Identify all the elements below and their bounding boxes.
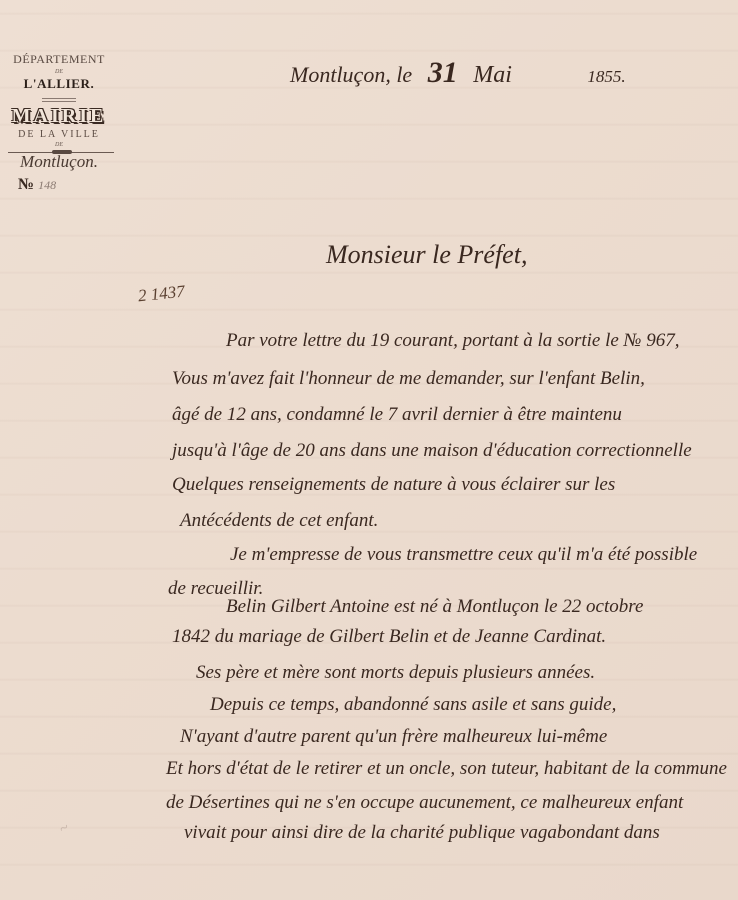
letter-line: Quelques renseignements de nature à vous…	[172, 474, 615, 496]
letter-line: vivait pour ainsi dire de la charité pub…	[184, 822, 660, 844]
letter-line: de Désertines qui ne s'en occupe aucunem…	[166, 792, 683, 814]
letter-line: 1842 du mariage de Gilbert Belin et de J…	[172, 626, 606, 648]
number-value: 148	[38, 178, 56, 192]
letter-line: N'ayant d'autre parent qu'un frère malhe…	[180, 726, 607, 748]
salutation: Monsieur le Préfet,	[326, 240, 527, 270]
letter-line: Je m'empresse de vous transmettre ceux q…	[230, 544, 697, 566]
date-day: 31	[428, 56, 458, 89]
letterhead-divider	[42, 98, 76, 102]
mairie-title: MAIRIE	[0, 105, 118, 128]
date-month: Mai	[473, 62, 512, 88]
letter-line: jusqu'à l'âge de 20 ans dans une maison …	[172, 440, 692, 462]
letter-line: Par votre lettre du 19 courant, portant …	[226, 330, 679, 352]
letter-line: Ses père et mère sont morts depuis plusi…	[196, 662, 595, 684]
margin-note: 2 1437	[137, 282, 186, 307]
letter-line: Belin Gilbert Antoine est né à Montluçon…	[226, 596, 643, 618]
letter-line: âgé de 12 ans, condamné le 7 avril derni…	[172, 404, 622, 426]
department-label: DÉPARTEMENT	[0, 52, 118, 67]
reference-number: №148	[18, 176, 56, 194]
department-de: DE	[0, 69, 118, 75]
city-de: DE	[0, 142, 118, 148]
date-place: Montluçon, le	[290, 62, 412, 87]
department-name: L'ALLIER.	[0, 76, 118, 92]
de-la-ville: DE LA VILLE	[0, 129, 118, 140]
city-name: Montluçon.	[0, 152, 118, 172]
letter-line: Vous m'avez fait l'honneur de me demande…	[172, 368, 645, 390]
faint-margin-scribble: ~	[56, 819, 72, 839]
letter-line: Et hors d'état de le retirer et un oncle…	[166, 758, 727, 780]
dateline: Montluçon, le 31 Mai 1855.	[290, 56, 626, 90]
letter-line: Depuis ce temps, abandonné sans asile et…	[210, 694, 616, 716]
number-prefix: №	[18, 176, 34, 193]
letter-line: Antécédents de cet enfant.	[180, 510, 378, 532]
letterhead-ornament-rule	[8, 152, 114, 153]
date-year: 1855.	[587, 67, 625, 86]
